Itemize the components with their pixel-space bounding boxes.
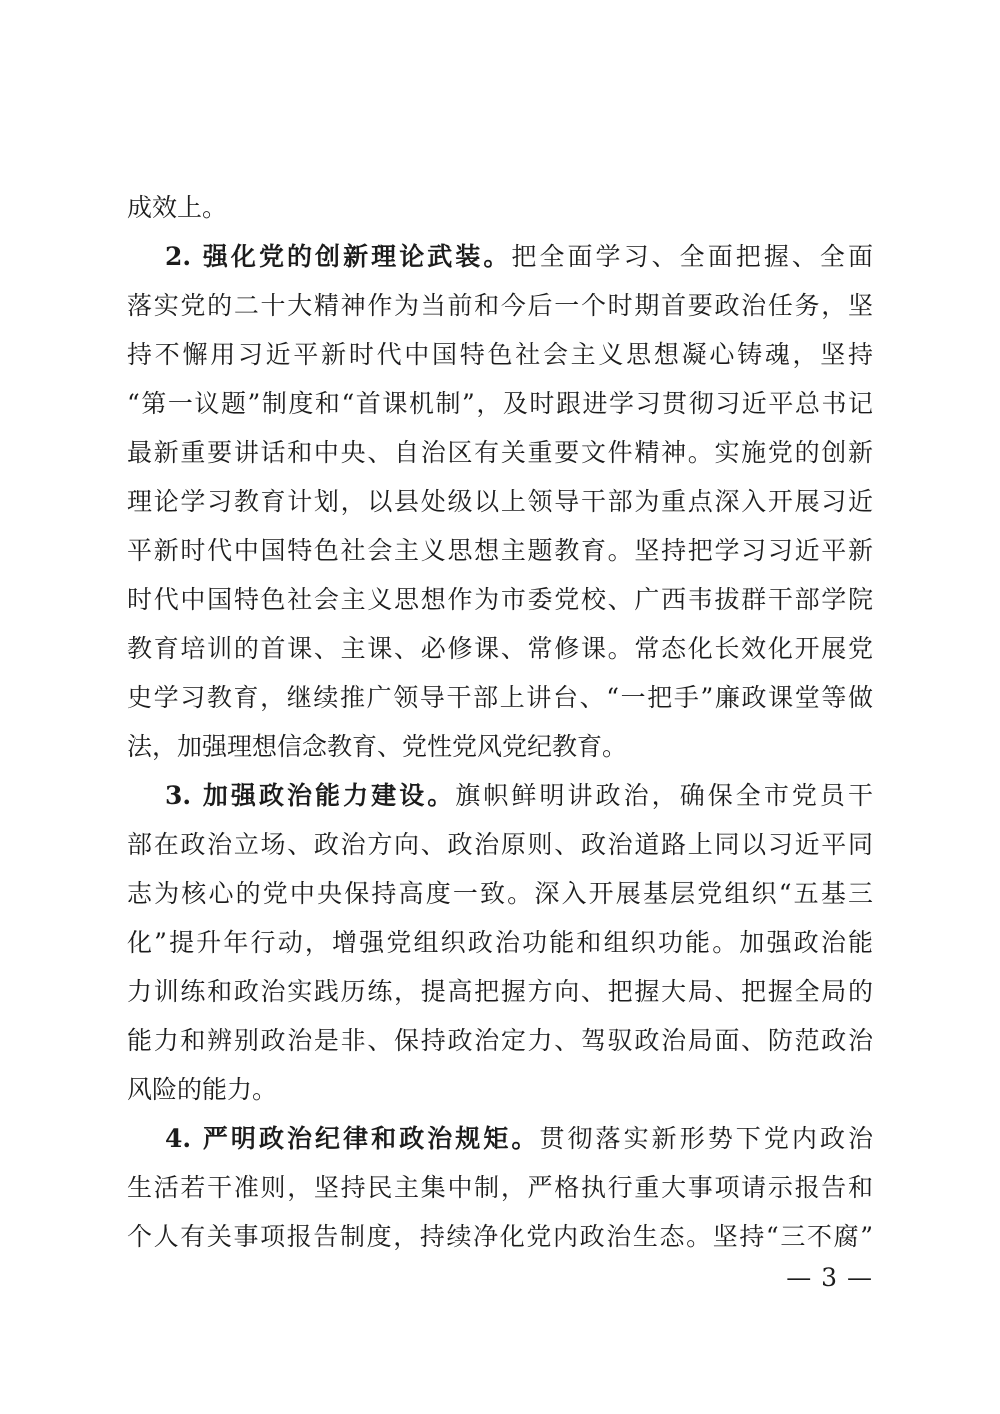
- line-text: 力训练和政治实践历练，提高把握方向、把握大局、把握全局的: [127, 977, 873, 1006]
- line-text: 持不懈用习近平新时代中国特色社会主义思想凝心铸魂，坚持: [127, 340, 873, 369]
- text-line: 法，加强理想信念教育、党性党风党纪教育。: [127, 722, 873, 771]
- document-body: 成效上。2. 强化党的创新理论武装。把全面学习、全面把握、全面落实党的二十大精神…: [127, 183, 873, 1261]
- line-text: 把全面学习、全面把握、全面: [511, 242, 873, 271]
- text-line: 3. 加强政治能力建设。旗帜鲜明讲政治，确保全市党员干: [127, 771, 873, 820]
- line-text: 部在政治立场、政治方向、政治原则、政治道路上同以习近平同: [127, 830, 873, 859]
- line-text: 个人有关事项报告制度，持续净化党内政治生态。坚持“三不腐”: [127, 1222, 873, 1251]
- text-line: 力训练和政治实践历练，提高把握方向、把握大局、把握全局的: [127, 967, 873, 1016]
- text-line: 平新时代中国特色社会主义思想主题教育。坚持把学习习近平新: [127, 526, 873, 575]
- text-line: “第一议题”制度和“首课机制”，及时跟进学习贯彻习近平总书记: [127, 379, 873, 428]
- line-text: 落实党的二十大精神作为当前和今后一个时期首要政治任务，坚: [127, 291, 873, 320]
- line-text: 贯彻落实新形势下党内政治: [539, 1124, 873, 1153]
- line-text: “第一议题”制度和“首课机制”，及时跟进学习贯彻习近平总书记: [127, 389, 873, 418]
- line-text: 平新时代中国特色社会主义思想主题教育。坚持把学习习近平新: [127, 536, 873, 565]
- line-text: 风险的能力。: [127, 1075, 277, 1104]
- line-text: 能力和辨别政治是非、保持政治定力、驾驭政治局面、防范政治: [127, 1026, 873, 1055]
- text-line: 化”提升年行动，增强党组织政治功能和组织功能。加强政治能: [127, 918, 873, 967]
- line-text: 生活若干准则，坚持民主集中制，严格执行重大事项请示报告和: [127, 1173, 873, 1202]
- page-number: — 3 —: [127, 1260, 873, 1296]
- text-line: 4. 严明政治纪律和政治规矩。贯彻落实新形势下党内政治: [127, 1114, 873, 1163]
- text-line: 2. 强化党的创新理论武装。把全面学习、全面把握、全面: [127, 232, 873, 281]
- text-line: 成效上。: [127, 183, 873, 232]
- text-line: 风险的能力。: [127, 1065, 873, 1114]
- line-text: 化”提升年行动，增强党组织政治功能和组织功能。加强政治能: [127, 928, 873, 957]
- text-line: 个人有关事项报告制度，持续净化党内政治生态。坚持“三不腐”: [127, 1212, 873, 1261]
- line-text: 教育培训的首课、主课、必修课、常修课。常态化长效化开展党: [127, 634, 873, 663]
- line-bold-text: 2. 强化党的创新理论武装。: [165, 242, 511, 271]
- line-text: 理论学习教育计划，以县处级以上领导干部为重点深入开展习近: [127, 487, 873, 516]
- line-bold-text: 3. 加强政治能力建设。: [165, 781, 455, 810]
- document-page: 成效上。2. 强化党的创新理论武装。把全面学习、全面把握、全面落实党的二十大精神…: [0, 0, 1000, 1414]
- line-text: 史学习教育，继续推广领导干部上讲台、“一把手”廉政课堂等做: [127, 683, 873, 712]
- line-text: 最新重要讲话和中央、自治区有关重要文件精神。实施党的创新: [127, 438, 873, 467]
- text-line: 教育培训的首课、主课、必修课、常修课。常态化长效化开展党: [127, 624, 873, 673]
- text-line: 持不懈用习近平新时代中国特色社会主义思想凝心铸魂，坚持: [127, 330, 873, 379]
- text-line: 落实党的二十大精神作为当前和今后一个时期首要政治任务，坚: [127, 281, 873, 330]
- text-line: 能力和辨别政治是非、保持政治定力、驾驭政治局面、防范政治: [127, 1016, 873, 1065]
- text-line: 生活若干准则，坚持民主集中制，严格执行重大事项请示报告和: [127, 1163, 873, 1212]
- text-line: 理论学习教育计划，以县处级以上领导干部为重点深入开展习近: [127, 477, 873, 526]
- text-line: 最新重要讲话和中央、自治区有关重要文件精神。实施党的创新: [127, 428, 873, 477]
- line-text: 志为核心的党中央保持高度一致。深入开展基层党组织“五基三: [127, 879, 873, 908]
- line-bold-text: 4. 严明政治纪律和政治规矩。: [165, 1124, 539, 1153]
- line-text: 时代中国特色社会主义思想作为市委党校、广西韦拔群干部学院: [127, 585, 873, 614]
- text-line: 史学习教育，继续推广领导干部上讲台、“一把手”廉政课堂等做: [127, 673, 873, 722]
- line-text: 成效上。: [127, 193, 227, 222]
- text-line: 志为核心的党中央保持高度一致。深入开展基层党组织“五基三: [127, 869, 873, 918]
- line-text: 旗帜鲜明讲政治，确保全市党员干: [455, 781, 873, 810]
- text-line: 部在政治立场、政治方向、政治原则、政治道路上同以习近平同: [127, 820, 873, 869]
- line-text: 法，加强理想信念教育、党性党风党纪教育。: [127, 732, 627, 761]
- text-line: 时代中国特色社会主义思想作为市委党校、广西韦拔群干部学院: [127, 575, 873, 624]
